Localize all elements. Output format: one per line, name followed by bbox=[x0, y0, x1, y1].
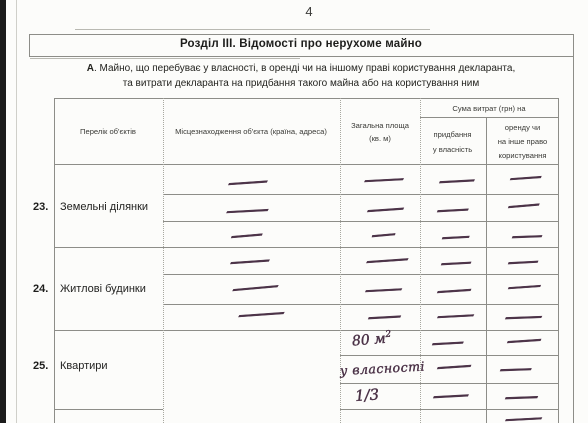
row25-bottom-border bbox=[54, 409, 163, 410]
header-purchase-line2: у власність bbox=[421, 144, 484, 155]
col-divider-purchase-rent bbox=[486, 117, 487, 423]
handwritten-dash: — bbox=[226, 173, 269, 192]
intro-line1: . Майно, що перебуває у власності, в оре… bbox=[94, 63, 515, 74]
handwritten-area-value: 80 м2 bbox=[351, 330, 392, 350]
row-label-apartments: Квартири bbox=[60, 360, 108, 372]
row23-bottom-border bbox=[54, 247, 558, 248]
section-title: Розділ III. Відомості про нерухоме майно bbox=[29, 38, 573, 50]
handwritten-dash: — bbox=[504, 309, 544, 326]
table-top-border bbox=[54, 98, 558, 99]
col-divider-objects-location bbox=[163, 98, 165, 423]
row-number-25: 25. bbox=[33, 360, 48, 372]
table-left-border bbox=[54, 98, 55, 423]
handwritten-share-value: 1/3 bbox=[354, 385, 379, 405]
handwritten-dash: — bbox=[432, 387, 471, 405]
handwritten-dash: — bbox=[504, 410, 544, 423]
intro-paragraph: А. Майно, що перебуває у власності, в ор… bbox=[29, 61, 573, 91]
title-box-bottom-border bbox=[29, 56, 573, 57]
handwritten-ownership-note: у власності bbox=[340, 359, 426, 378]
header-rent-line1: оренду чи bbox=[488, 122, 557, 133]
row-label-residential-buildings: Житлові будинки bbox=[60, 283, 146, 295]
area-value-text: 80 м bbox=[351, 331, 386, 350]
scan-edge-strip bbox=[0, 0, 6, 423]
handwritten-dash: — bbox=[506, 278, 542, 296]
table-right-border bbox=[558, 98, 559, 423]
handwritten-dash: — bbox=[229, 226, 264, 245]
handwritten-dash: — bbox=[440, 254, 473, 272]
scan-line-artifact bbox=[75, 29, 430, 30]
handwritten-dash: — bbox=[365, 200, 405, 219]
header-rent-line2: на інше право bbox=[488, 136, 557, 147]
handwritten-dash: — bbox=[228, 252, 271, 271]
title-box-top-border bbox=[29, 34, 573, 35]
header-rent-line3: користування bbox=[488, 150, 557, 161]
header-expenses-group: Сума витрат (грн) на bbox=[422, 103, 556, 114]
handwritten-dash: — bbox=[370, 226, 396, 244]
header-area-line2: (кв. м) bbox=[342, 133, 418, 144]
handwritten-dash: — bbox=[363, 171, 406, 189]
row24-subrow-line bbox=[163, 304, 558, 305]
handwritten-dash: — bbox=[230, 278, 280, 298]
row-label-land-plots: Земельні ділянки bbox=[60, 201, 148, 213]
area-value-sup: 2 bbox=[385, 330, 392, 340]
handwritten-dash: — bbox=[436, 307, 476, 325]
handwritten-dash: — bbox=[505, 331, 542, 350]
row23-subrow-line bbox=[163, 194, 558, 195]
scan-line-artifact bbox=[30, 58, 300, 59]
intro-line2: та витрати декларанта на придбання таког… bbox=[123, 78, 480, 89]
row24-subrow-line bbox=[163, 274, 558, 275]
handwritten-dash: — bbox=[435, 357, 472, 376]
header-objects: Перелік об'єктів bbox=[56, 126, 160, 137]
handwritten-dash: — bbox=[367, 308, 403, 326]
expenses-group-underline bbox=[420, 117, 558, 118]
handwritten-dash: — bbox=[438, 172, 477, 190]
header-location: Місцезнаходження об'єкта (країна, адреса… bbox=[165, 126, 337, 137]
handwritten-dash: — bbox=[436, 201, 470, 219]
handwritten-dash: — bbox=[504, 389, 540, 406]
header-bottom-border bbox=[54, 164, 558, 165]
row25-subrow-line bbox=[340, 383, 558, 384]
handwritten-dash: — bbox=[364, 251, 410, 270]
intro-prefix: А bbox=[87, 63, 94, 74]
handwritten-dash: — bbox=[431, 334, 465, 352]
page-right-border bbox=[573, 34, 574, 423]
handwritten-dash: — bbox=[236, 305, 286, 324]
handwritten-dash: — bbox=[225, 202, 271, 220]
handwritten-dash: — bbox=[506, 196, 541, 215]
row25-subrow-line bbox=[340, 355, 558, 356]
row-number-23: 23. bbox=[33, 201, 48, 213]
handwritten-dash: — bbox=[441, 228, 471, 246]
handwritten-dash: — bbox=[364, 281, 404, 299]
handwritten-dash: — bbox=[499, 361, 533, 378]
row24-bottom-border bbox=[54, 330, 558, 331]
scanned-declaration-page: 4 Розділ III. Відомості про нерухоме май… bbox=[0, 0, 588, 423]
header-area-line1: Загальна площа bbox=[342, 120, 418, 131]
handwritten-dash: — bbox=[508, 169, 543, 187]
handwritten-dash: — bbox=[511, 228, 544, 245]
handwritten-dash: — bbox=[507, 253, 540, 271]
scan-fold-line bbox=[16, 0, 17, 423]
row-number-24: 24. bbox=[33, 283, 48, 295]
page-number: 4 bbox=[29, 4, 588, 19]
header-purchase-line1: придбання bbox=[421, 129, 484, 140]
row23-subrow-line bbox=[163, 221, 558, 222]
handwritten-dash: — bbox=[435, 281, 472, 300]
